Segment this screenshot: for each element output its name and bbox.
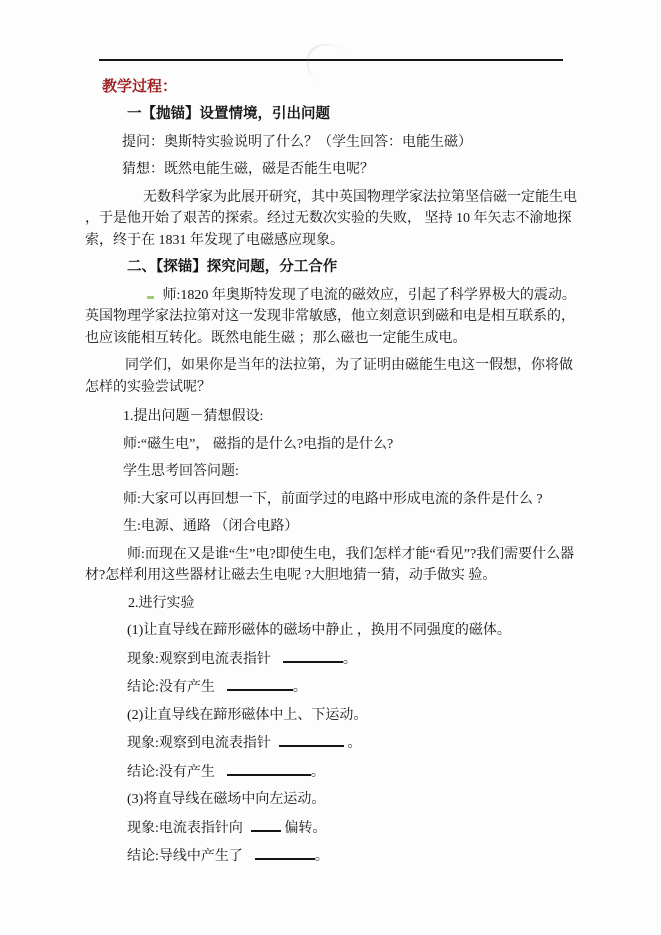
text-run: 1.提出问题－猜想假设:	[123, 409, 263, 424]
line-teacher-q1: 师:“磁生电”， 磁指的是什么?电指的是什么?	[85, 434, 579, 456]
text-run: 一【抛锚】设置情境，引出问题	[127, 106, 330, 122]
section-heading-anchor: 一【抛锚】设置情境，引出问题	[85, 104, 579, 126]
text-run: 猜想：既然电能生磁，磁是否能生电呢？	[122, 162, 374, 177]
text-run: 。	[343, 652, 357, 667]
text-run: 师:1820 年奥斯特发现了电流的磁效应，引起了科学界极大的震动。英国物理学家法…	[85, 288, 576, 346]
text-run: 师:“磁生电”， 磁指的是什么?电指的是什么?	[123, 437, 393, 452]
text-run: 提问：奥斯特实验说明了什么？（学生回答：电能生磁）	[122, 135, 472, 150]
line-students-think: 学生思考回答问题:	[85, 461, 579, 483]
text-run: 结论:没有产生	[127, 765, 215, 780]
fill-in-blank	[279, 732, 344, 747]
line-exp2-phenomenon: 现象:观察到电流表指针 。	[85, 732, 579, 755]
document-content: 教学过程： 一【抛锚】设置情境，引出问题提问：奥斯特实验说明了什么？（学生回答：…	[85, 76, 579, 874]
line-teacher-question: 提问：奥斯特实验说明了什么？（学生回答：电能生磁）	[85, 132, 579, 154]
text-run: 。	[311, 765, 325, 780]
text-run: 偏转。	[281, 821, 327, 836]
text-run: 无数科学家为此展开研究，其中英国物理学家法拉第坚信磁一定能生电 ，于是他开始了艰…	[85, 190, 577, 248]
line-exp1: (1)让直导线在蹄形磁体的磁场中静止 ，换用不同强度的磁体。	[85, 620, 579, 642]
line-exp2: (2)让直导线在蹄形磁体中上、下运动。	[85, 705, 579, 727]
line-exp1-phenomenon: 现象:观察到电流表指针。	[85, 648, 579, 671]
paragraphs: 一【抛锚】设置情境，引出问题提问：奥斯特实验说明了什么？（学生回答：电能生磁）猜…	[85, 104, 579, 868]
doc-title: 教学过程：	[102, 76, 579, 97]
line-guess: 猜想：既然电能生磁，磁是否能生电呢？	[85, 159, 579, 181]
text-run: 同学们，如果你是当年的法拉第，为了证明由磁能生电这一假想，你将做怎样的实验尝试呢…	[85, 358, 573, 395]
text-run: 现象:观察到电流表指针	[127, 736, 271, 751]
para-teacher-intro: 师:1820 年奥斯特发现了电流的磁效应，引起了科学界极大的震动。英国物理学家法…	[85, 285, 579, 350]
line-step2-title: 2.进行实验	[85, 593, 579, 615]
line-step1-title: 1.提出问题－猜想假设:	[85, 406, 579, 428]
line-student-answer: 生:电源、通路 （闭合电路）	[85, 516, 579, 538]
line-exp3-conclusion: 结论:导线中产生了。	[85, 845, 579, 868]
text-run: 。	[315, 849, 329, 864]
line-teacher-q2: 师:大家可以再回想一下，前面学过的电路中形成电流的条件是什么 ?	[85, 489, 579, 511]
line-exp3-phenomenon: 现象:电流表指针向 偏转。	[85, 817, 579, 840]
fill-in-blank	[227, 676, 293, 691]
text-run: 。	[293, 680, 307, 695]
text-run: (1)让直导线在蹄形磁体的磁场中静止 ，换用不同强度的磁体。	[127, 623, 511, 638]
text-run: 师:大家可以再回想一下，前面学过的电路中形成电流的条件是什么 ?	[123, 492, 543, 507]
header-rule	[99, 59, 563, 61]
fill-in-blank	[227, 761, 311, 776]
text-run: 结论:导线中产生了	[127, 849, 243, 864]
proofing-mark	[147, 296, 154, 299]
document-page: 教学过程： 一【抛锚】设置情境，引出问题提问：奥斯特实验说明了什么？（学生回答：…	[0, 0, 661, 935]
line-exp1-conclusion: 结论:没有产生。	[85, 676, 579, 699]
text-run: (3)将直导线在磁场中向左运动。	[127, 792, 325, 807]
text-run: 二、【探锚】探究问题，分工合作	[127, 259, 337, 275]
para-teacher-q3: 师:而现在又是谁“生”电?即使生电，我们怎样才能“看见”?我们需要什么器材?怎样…	[85, 544, 579, 587]
para-students-prompt: 同学们，如果你是当年的法拉第，为了证明由磁能生电这一假想，你将做怎样的实验尝试呢…	[85, 355, 579, 398]
text-run: 现象:观察到电流表指针	[127, 652, 271, 667]
fill-in-blank	[283, 648, 343, 663]
text-run: 结论:没有产生	[127, 680, 215, 695]
text-run: 2.进行实验	[128, 596, 195, 611]
para-scientists-history: 无数科学家为此展开研究，其中英国物理学家法拉第坚信磁一定能生电 ，于是他开始了艰…	[85, 187, 579, 252]
line-exp2-conclusion: 结论:没有产生。	[85, 761, 579, 784]
text-run: 生:电源、通路 （闭合电路）	[123, 519, 298, 534]
fill-in-blank	[255, 845, 315, 860]
text-run: (2)让直导线在蹄形磁体中上、下运动。	[127, 708, 367, 723]
text-run: 师:而现在又是谁“生”电?即使生电，我们怎样才能“看见”?我们需要什么器材?怎样…	[85, 547, 574, 584]
fill-in-blank	[251, 817, 281, 832]
text-run: 。	[344, 736, 362, 751]
line-exp3: (3)将直导线在磁场中向左运动。	[85, 789, 579, 811]
text-run: 现象:电流表指针向	[127, 821, 243, 836]
text-run: 学生思考回答问题:	[123, 464, 239, 479]
section-heading-explore: 二、【探锚】探究问题，分工合作	[85, 257, 579, 279]
